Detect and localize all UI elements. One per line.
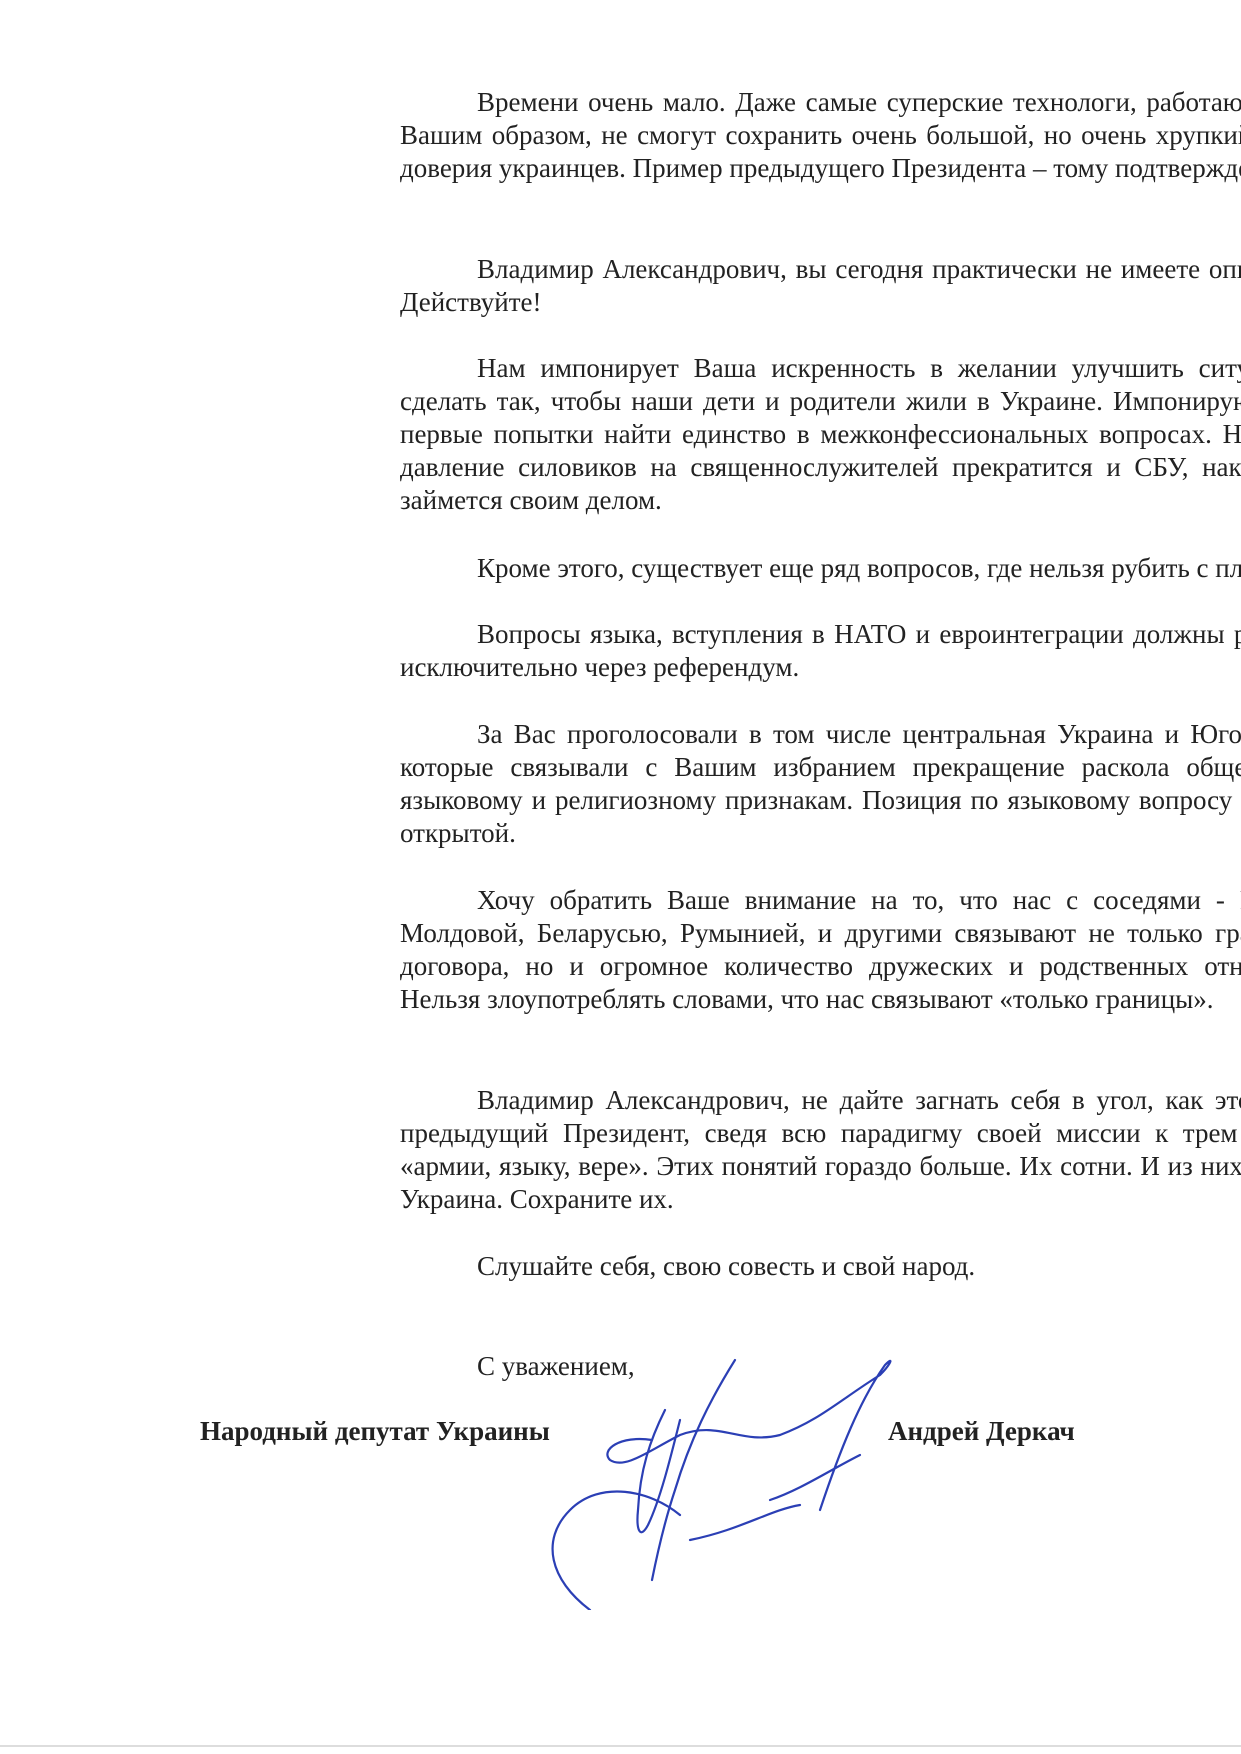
paragraph-2: Владимир Александрович, вы сегодня практ… xyxy=(400,253,1241,319)
paragraph-6: За Вас проголосовали в том числе централ… xyxy=(400,718,1241,850)
paragraph-8: Владимир Александрович, не дайте загнать… xyxy=(400,1084,1241,1216)
paragraph-7: Хочу обратить Ваше внимание на то, что н… xyxy=(400,884,1241,1016)
letter-page: Времени очень мало. Даже самые суперские… xyxy=(0,0,1241,1754)
paragraph-4: Кроме этого, существует еще ряд вопросов… xyxy=(400,552,1241,585)
paragraph-3: Нам импонирует Ваша искренность в желани… xyxy=(400,352,1241,517)
paragraph-9: Слушайте себя, свою совесть и свой народ… xyxy=(400,1250,1241,1283)
page-edge-line xyxy=(0,1745,1241,1747)
paragraph-1: Времени очень мало. Даже самые суперские… xyxy=(400,86,1241,185)
paragraph-5: Вопросы языка, вступления в НАТО и еврои… xyxy=(400,618,1241,684)
signer-title: Народный депутат Украины xyxy=(200,1416,550,1447)
handwritten-signature xyxy=(540,1340,980,1610)
